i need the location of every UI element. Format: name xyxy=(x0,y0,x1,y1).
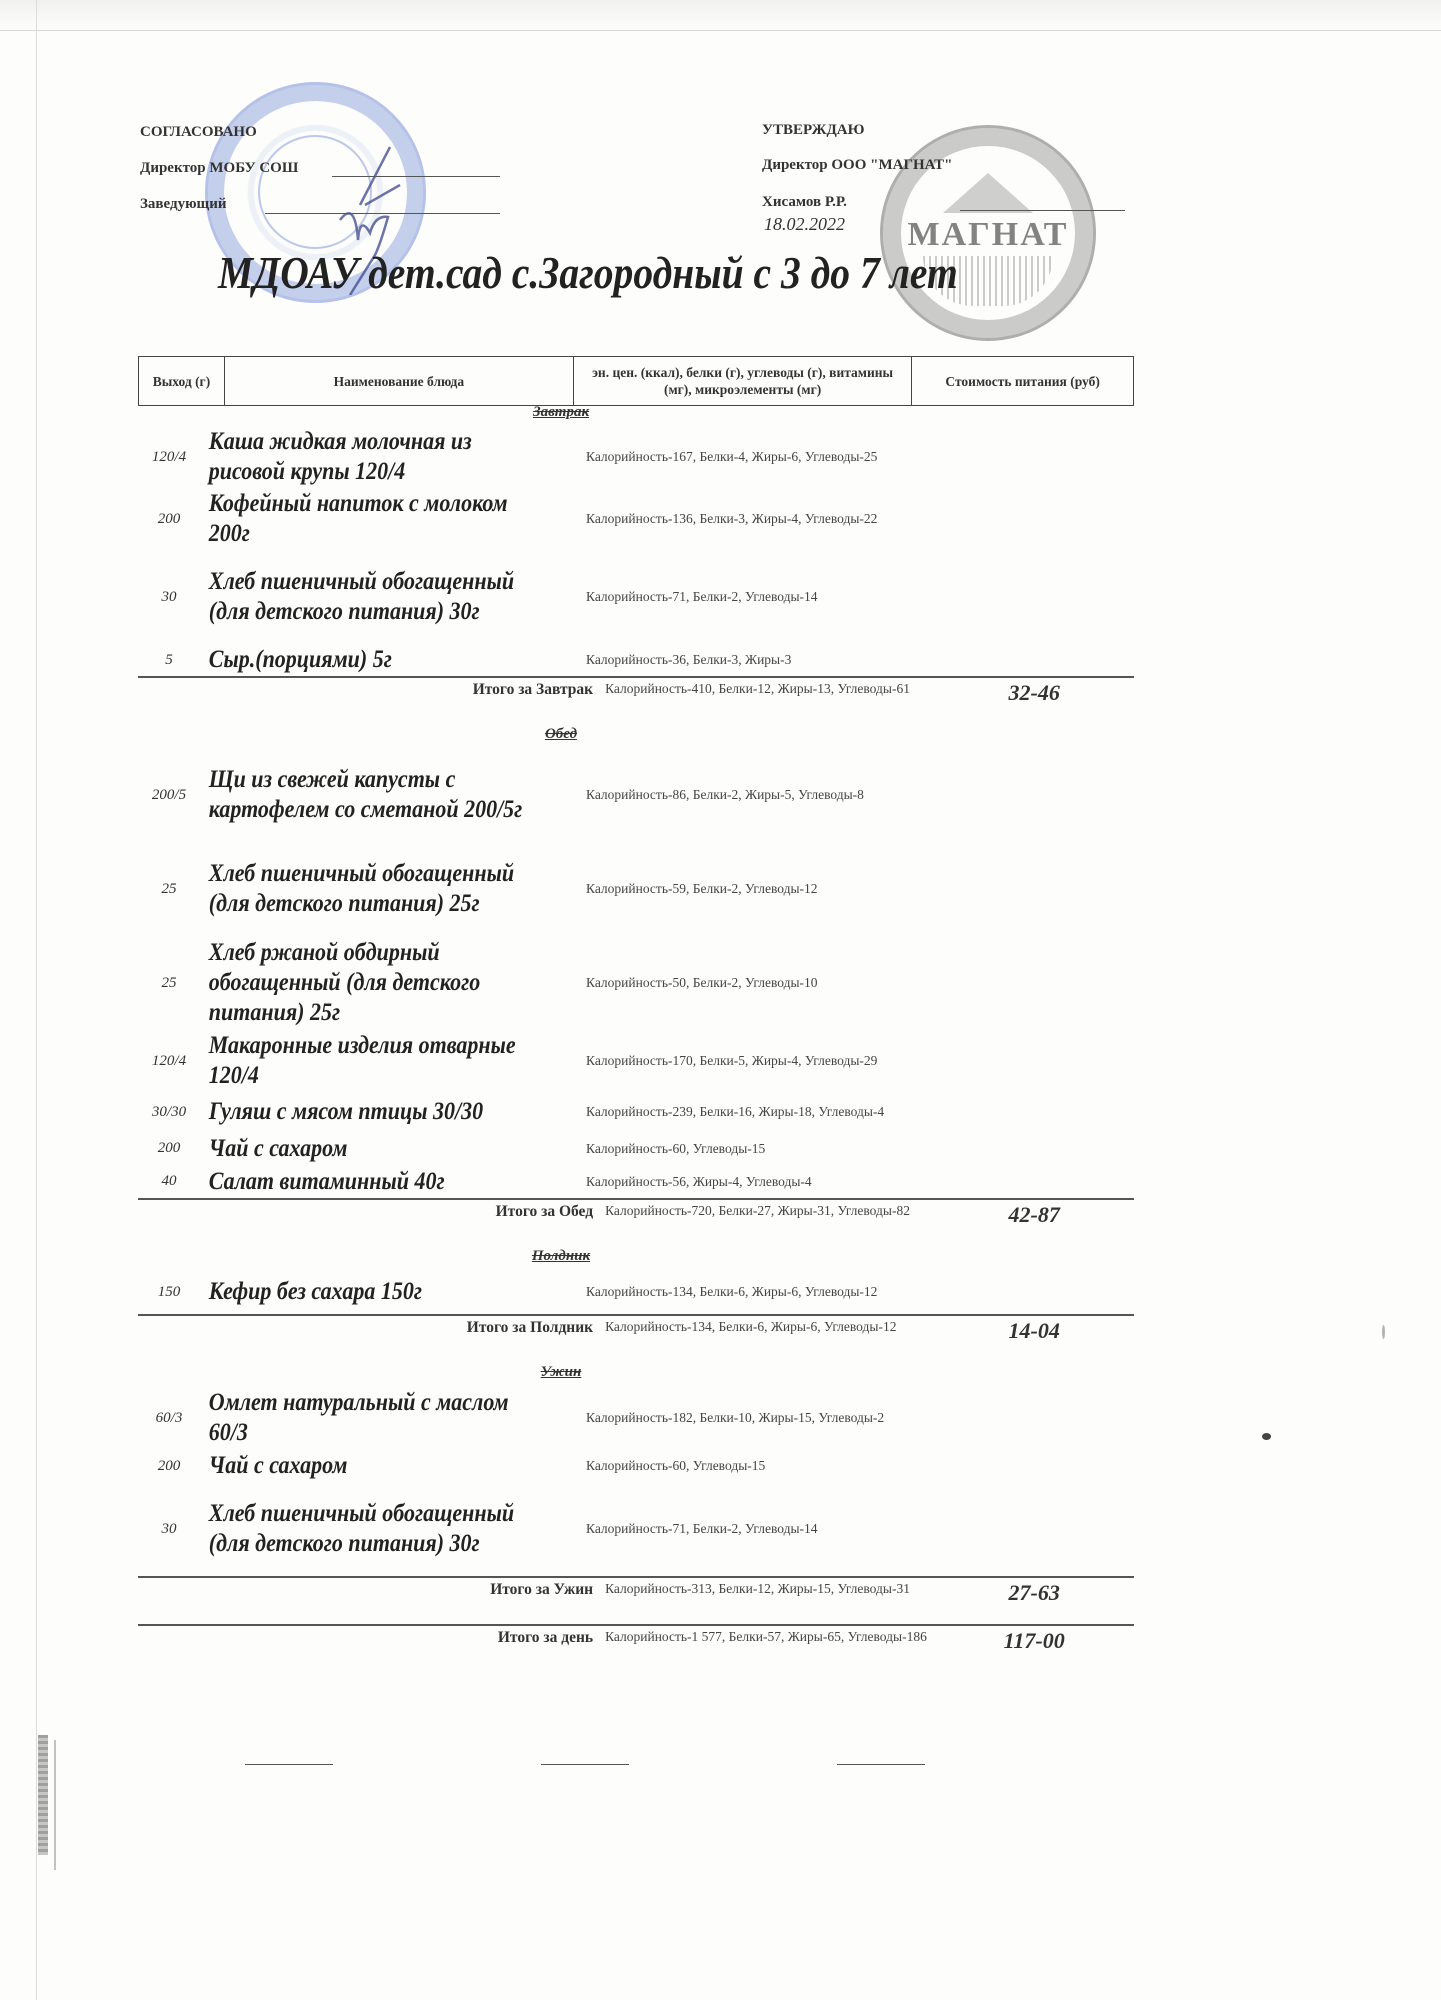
dish-name: Хлеб ржаной обдирный обогащенный (для де… xyxy=(200,938,534,1028)
day-total-cost: 117-00 xyxy=(934,1628,1134,1654)
approval-date: 18.02.2022 xyxy=(764,214,845,235)
table-row: 30/30 Гуляш с мясом птицы 30/30 Калорийн… xyxy=(138,1092,1134,1132)
nutrition-cell: Калорийность-60, Углеводы-15 xyxy=(580,1140,916,1158)
signature-blank xyxy=(541,1764,629,1765)
company-director-label: Директор ООО "МАГНАТ" xyxy=(762,157,953,174)
nutrition-cell: Калорийность-36, Белки-3, Жиры-3 xyxy=(580,651,916,669)
dish-name: Каша жидкая молочная из рисовой крупы 12… xyxy=(200,427,534,487)
nutrition-cell: Калорийность-239, Белки-16, Жиры-18, Угл… xyxy=(580,1103,916,1121)
column-header-dish: Наименование блюда xyxy=(224,357,573,406)
column-header-nutrition: эн. цен. (ккал), белки (г), углеводы (г)… xyxy=(573,357,911,406)
nutrition-cell: Калорийность-86, Белки-2, Жиры-5, Углево… xyxy=(580,786,916,804)
nutrition-cell: Калорийность-50, Белки-2, Углеводы-10 xyxy=(580,974,916,992)
day-total-row: Итого за день Калорийность-1 577, Белки-… xyxy=(138,1624,1134,1672)
dish-name: Чай с сахаром xyxy=(200,1451,534,1481)
dish-name: Хлеб пшеничный обогащенный (для детского… xyxy=(200,859,534,919)
day-total-nutrition: Калорийность-1 577, Белки-57, Жиры-65, У… xyxy=(599,1628,934,1646)
column-header-cost: Стоимость питания (руб) xyxy=(912,357,1134,406)
signature-blank xyxy=(837,1764,925,1765)
total-label: Итого за Завтрак xyxy=(138,680,599,699)
table-row: 150 Кефир без сахара 150г Калорийность-1… xyxy=(138,1270,1134,1314)
scan-left-edge xyxy=(36,0,37,2000)
output-cell: 120/4 xyxy=(138,1053,200,1070)
signature-line xyxy=(960,210,1125,211)
total-nutrition: Калорийность-410, Белки-12, Жиры-13, Угл… xyxy=(599,680,934,698)
output-cell: 40 xyxy=(138,1173,200,1190)
menu-table-header: Выход (г) Наименование блюда эн. цен. (к… xyxy=(138,356,1134,406)
signature-blank xyxy=(245,1764,333,1765)
menu-table-body: Завтрак 120/4 Каша жидкая молочная из ри… xyxy=(138,402,1134,1672)
nutrition-cell: Калорийность-71, Белки-2, Углеводы-14 xyxy=(580,1520,916,1538)
section-title-dinner: Ужин xyxy=(63,1362,1059,1386)
total-cost: 42-87 xyxy=(934,1202,1134,1228)
dish-name: Хлеб пшеничный обогащенный (для детского… xyxy=(200,567,534,627)
nutrition-cell: Калорийность-182, Белки-10, Жиры-15, Угл… xyxy=(580,1409,916,1427)
signature-line xyxy=(265,213,500,214)
dish-name: Сыр.(порциями) 5г xyxy=(200,645,534,675)
school-director-label: Директор МОБУ СОШ xyxy=(140,160,298,177)
output-cell: 120/4 xyxy=(138,449,200,466)
approve-label: УТВЕРЖДАЮ xyxy=(762,122,865,139)
table-row: 25 Хлеб ржаной обдирный обогащенный (для… xyxy=(138,936,1134,1030)
total-cost: 27-63 xyxy=(934,1580,1134,1606)
scan-speck xyxy=(1382,1325,1385,1339)
scan-artifact xyxy=(54,1740,56,1870)
table-row: 200/5 Щи из свежей капусты с картофелем … xyxy=(138,748,1134,842)
dish-name: Хлеб пшеничный обогащенный (для детского… xyxy=(200,1499,534,1559)
nutrition-cell: Калорийность-170, Белки-5, Жиры-4, Углев… xyxy=(580,1052,916,1070)
output-cell: 30 xyxy=(138,1521,200,1538)
total-nutrition: Калорийность-313, Белки-12, Жиры-15, Угл… xyxy=(599,1580,934,1598)
section-total-row: Итого за Обед Калорийность-720, Белки-27… xyxy=(138,1198,1134,1246)
total-label: Итого за Ужин xyxy=(138,1580,599,1599)
section-total-row: Итого за Ужин Калорийность-313, Белки-12… xyxy=(138,1576,1134,1624)
table-row: 120/4 Каша жидкая молочная из рисовой кр… xyxy=(138,426,1134,488)
table-row: 200 Кофейный напиток с молоком 200г Кало… xyxy=(138,488,1134,550)
nutrition-cell: Калорийность-167, Белки-4, Жиры-6, Углев… xyxy=(580,448,916,466)
section-total-row: Итого за Полдник Калорийность-134, Белки… xyxy=(138,1314,1134,1362)
total-label: Итого за Полдник xyxy=(138,1318,599,1337)
table-row: 200 Чай с сахаром Калорийность-60, Углев… xyxy=(138,1132,1134,1165)
output-cell: 200 xyxy=(138,511,200,528)
total-cost: 32-46 xyxy=(934,680,1134,706)
dish-name: Кофейный напиток с молоком 200г xyxy=(200,489,534,549)
dish-name: Щи из свежей капусты с картофелем со сме… xyxy=(200,765,534,825)
nutrition-cell: Калорийность-60, Углеводы-15 xyxy=(580,1457,916,1475)
output-cell: 60/3 xyxy=(138,1410,200,1427)
director-name: Хисамов Р.Р. xyxy=(762,194,847,211)
table-row: 200 Чай с сахаром Калорийность-60, Углев… xyxy=(138,1450,1134,1482)
dish-name: Чай с сахаром xyxy=(200,1134,534,1164)
output-cell: 200/5 xyxy=(138,787,200,804)
output-cell: 200 xyxy=(138,1140,200,1157)
output-cell: 30/30 xyxy=(138,1104,200,1121)
table-row: 5 Сыр.(порциями) 5г Калорийность-36, Бел… xyxy=(138,644,1134,676)
total-nutrition: Калорийность-134, Белки-6, Жиры-6, Углев… xyxy=(599,1318,934,1336)
table-row: 25 Хлеб пшеничный обогащенный (для детск… xyxy=(138,842,1134,936)
dish-name: Макаронные изделия отварные 120/4 xyxy=(200,1031,534,1091)
dish-name: Гуляш с мясом птицы 30/30 xyxy=(200,1097,534,1127)
page-title: МДОАУ дет.сад с.Загородный с 3 до 7 лет xyxy=(218,246,958,299)
output-cell: 5 xyxy=(138,652,200,669)
scan-artifact xyxy=(38,1735,48,1855)
dish-name: Омлет натуральный с маслом 60/3 xyxy=(200,1388,534,1448)
nutrition-cell: Калорийность-71, Белки-2, Углеводы-14 xyxy=(580,588,916,606)
nutrition-cell: Калорийность-136, Белки-3, Жиры-4, Углев… xyxy=(580,510,916,528)
agreed-label: СОГЛАСОВАНО xyxy=(140,124,257,141)
total-cost: 14-04 xyxy=(934,1318,1134,1344)
day-total-label: Итого за день xyxy=(138,1628,599,1647)
section-title-breakfast: Завтрак xyxy=(63,402,1059,426)
scan-top-edge xyxy=(0,0,1441,31)
output-cell: 25 xyxy=(138,881,200,898)
output-cell: 200 xyxy=(138,1458,200,1475)
output-cell: 25 xyxy=(138,975,200,992)
table-row: 30 Хлеб пшеничный обогащенный (для детск… xyxy=(138,550,1134,644)
section-total-row: Итого за Завтрак Калорийность-410, Белки… xyxy=(138,676,1134,724)
section-title-snack: Полдник xyxy=(63,1246,1059,1270)
nutrition-cell: Калорийность-134, Белки-6, Жиры-6, Углев… xyxy=(580,1283,916,1301)
scan-speck xyxy=(1262,1433,1271,1440)
manager-label: Заведующий xyxy=(140,196,226,213)
signature-line xyxy=(332,176,500,177)
table-row: 40 Салат витаминный 40г Калорийность-56,… xyxy=(138,1165,1134,1198)
section-title-lunch: Обед xyxy=(63,724,1059,748)
dish-name: Кефир без сахара 150г xyxy=(200,1277,534,1307)
table-row: 30 Хлеб пшеничный обогащенный (для детск… xyxy=(138,1482,1134,1576)
total-nutrition: Калорийность-720, Белки-27, Жиры-31, Угл… xyxy=(599,1202,934,1220)
output-cell: 30 xyxy=(138,589,200,606)
nutrition-cell: Калорийность-56, Жиры-4, Углеводы-4 xyxy=(580,1173,916,1191)
dish-name: Салат витаминный 40г xyxy=(200,1167,534,1197)
column-header-output: Выход (г) xyxy=(139,357,225,406)
stamp-mountain-icon xyxy=(943,173,1033,213)
nutrition-cell: Калорийность-59, Белки-2, Углеводы-12 xyxy=(580,880,916,898)
total-label: Итого за Обед xyxy=(138,1202,599,1221)
table-row: 120/4 Макаронные изделия отварные 120/4 … xyxy=(138,1030,1134,1092)
table-row: 60/3 Омлет натуральный с маслом 60/3 Кал… xyxy=(138,1386,1134,1450)
output-cell: 150 xyxy=(138,1284,200,1301)
